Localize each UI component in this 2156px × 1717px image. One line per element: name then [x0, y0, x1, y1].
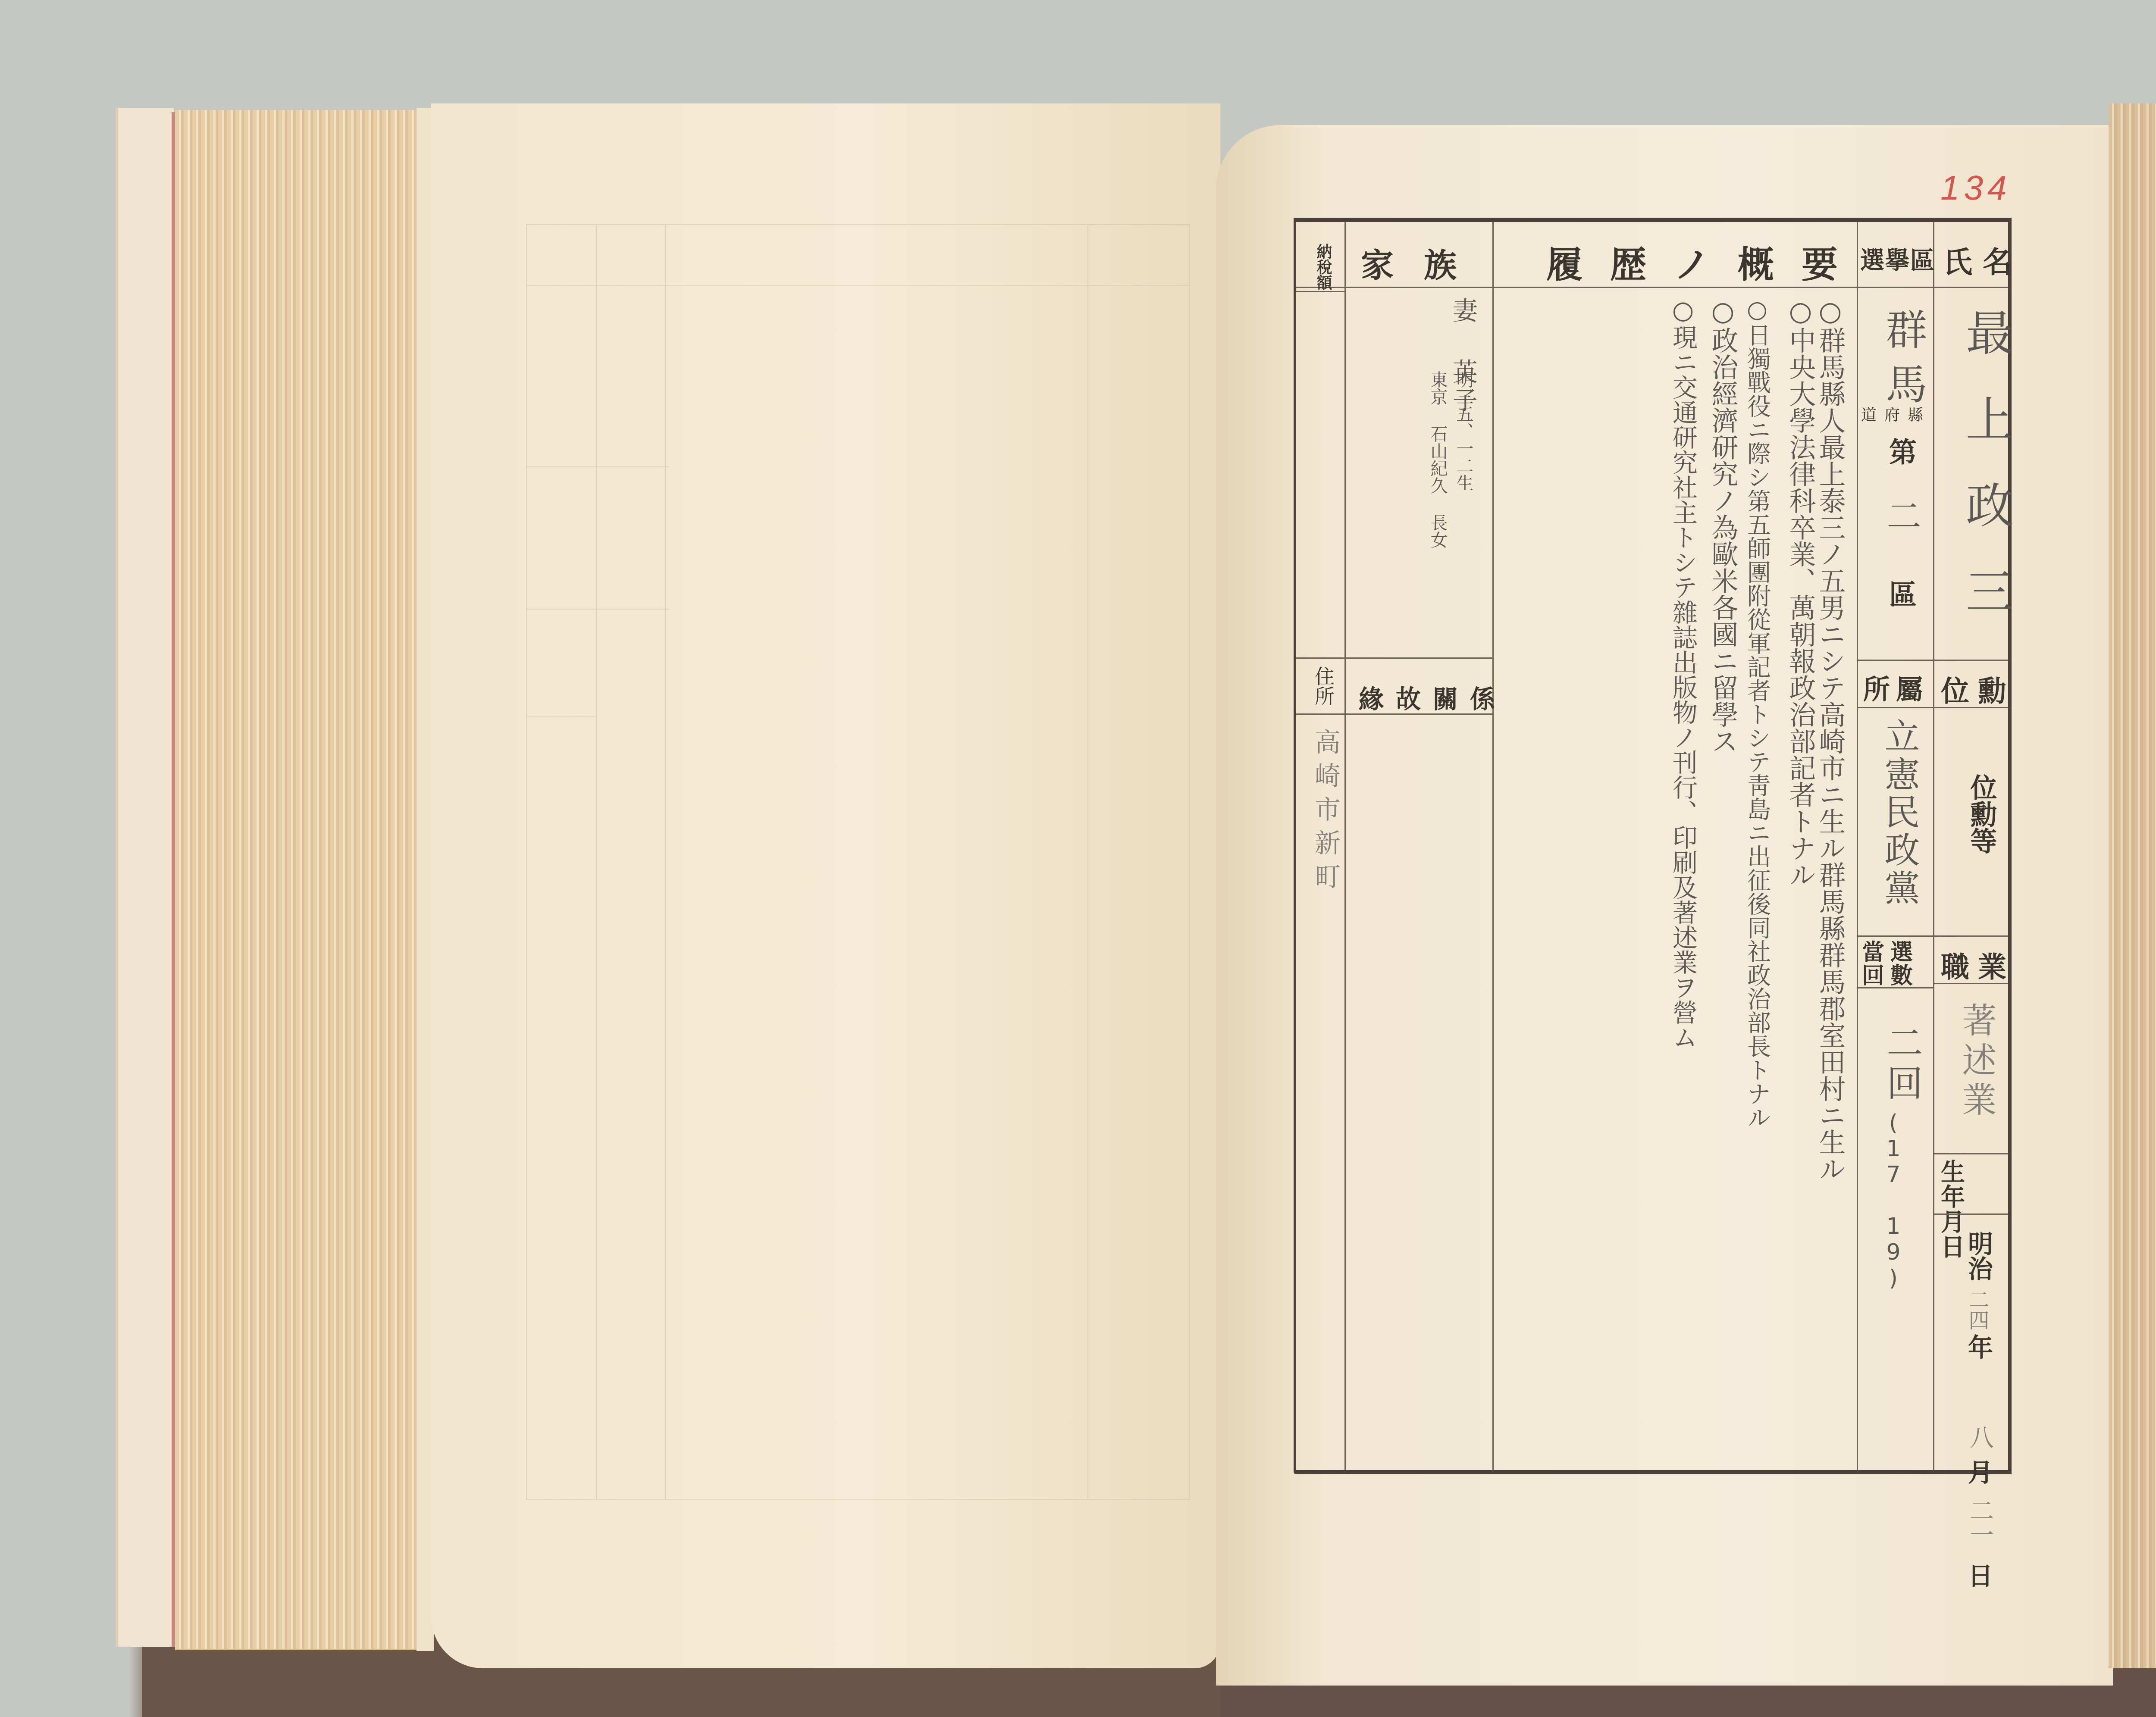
- divider-district-name: [1933, 222, 1934, 1470]
- header-address: 住所: [1309, 666, 1338, 706]
- header-career: 履歴ノ概要: [1546, 236, 1865, 288]
- career-line-2: ○中央大學法律科卒業、萬朝報政治部記者トナル: [1781, 295, 1820, 888]
- times-elected-count: 二回: [1876, 1024, 1928, 1105]
- header-rank: 位勳: [1941, 668, 2015, 709]
- birth-year-label: 年: [1960, 1334, 1996, 1359]
- left-cover-edge-red: [172, 112, 175, 1647]
- divider-family-career: [1492, 222, 1494, 1470]
- header-district: 選擧區: [1860, 241, 1935, 276]
- header-relations: 緣故關係: [1359, 679, 1507, 715]
- birth-era: 明治: [1960, 1231, 1996, 1281]
- birth-month: 八: [1962, 1425, 1997, 1449]
- district-number-prefix: 第: [1880, 438, 1920, 465]
- right-page-fore-edge: [2109, 103, 2156, 1668]
- left-cover-board: [116, 108, 174, 1647]
- district-prefecture: 群馬: [1874, 308, 1933, 417]
- rank-value: 位勳等: [1962, 774, 2001, 854]
- birth-month-label: 月: [1960, 1459, 1996, 1484]
- times-elected-sessions: (17 19): [1880, 1110, 1906, 1291]
- header-tax: 納稅額: [1313, 244, 1335, 290]
- career-line-5: ○現ニ交通研究社主トシテ雜誌出版物ノ刊行、印刷及著述業ヲ營ム: [1665, 295, 1701, 1050]
- career-line-4: ○政治經濟研究ノ為歐米各國ニ留學ス: [1704, 295, 1742, 754]
- header-occupation: 職業: [1941, 944, 2015, 985]
- birth-day: 二一: [1962, 1498, 1997, 1546]
- career-line-1: ○群馬縣人最上泰三ノ五男ニシテ高崎市ニ生ル群馬縣群馬郡室田村ニ生ル: [1816, 295, 1844, 1182]
- address-value: 高崎市新町: [1307, 729, 1344, 897]
- district-pref-suffix: 道府縣: [1861, 403, 1931, 425]
- header-times-elected: 當選回數: [1862, 941, 1927, 988]
- header-family: 家族: [1361, 239, 1487, 286]
- party-value: 立憲民政黨: [1874, 718, 1924, 907]
- birth-day-label: 日: [1960, 1563, 1996, 1588]
- left-page-fore-edge: [175, 110, 417, 1650]
- left-page-bleedthrough-table: [526, 224, 1190, 1500]
- district-suffix: 區: [1880, 580, 1920, 607]
- family-wife-birth: 明三五、一二生: [1451, 371, 1476, 491]
- biography-form: 氏名 最上政三 位勳 位勳等 職業 著述業 生年月日 明治 二四 年 八 月 二…: [1294, 218, 2012, 1474]
- district-number: 二: [1876, 498, 1926, 532]
- header-name: 氏名: [1943, 239, 2022, 281]
- page-number: 134: [1940, 168, 2011, 208]
- divider-career-district: [1857, 222, 1858, 1470]
- birth-year: 二四: [1962, 1289, 1992, 1330]
- family-wife-parent: 東京 石山紀久 長女: [1426, 371, 1450, 548]
- header-party: 所屬: [1863, 668, 1929, 707]
- career-line-3: ○日獨戰役ニ際シ第五師團附從軍記者トシテ靑島ニ出征後同社政治部長トナル: [1740, 295, 1774, 1129]
- divider-tax-family: [1344, 222, 1346, 1470]
- name-value: 最上政三: [1952, 308, 2020, 653]
- occupation-value: 著述業: [1952, 1002, 2001, 1121]
